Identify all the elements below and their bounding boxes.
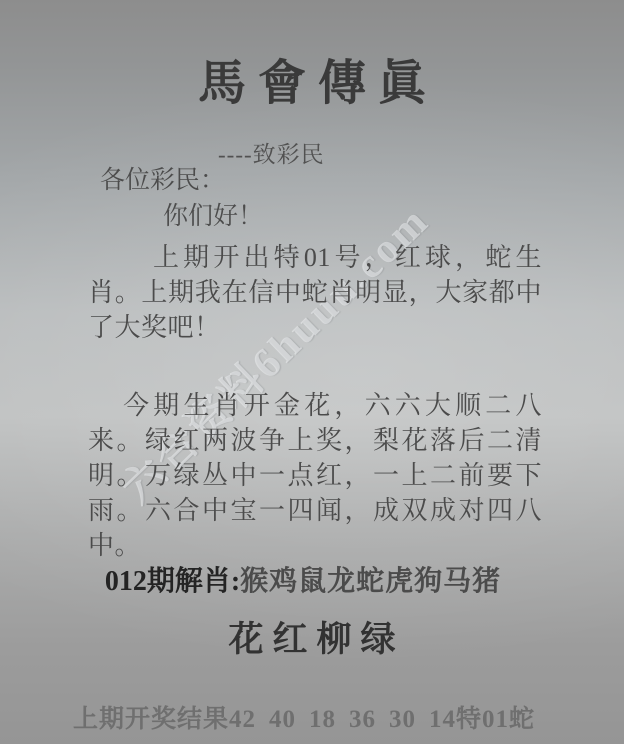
draw-number-3: 18	[309, 706, 336, 733]
special-zodiac: 蛇	[509, 706, 535, 733]
special-number: 01	[482, 706, 509, 733]
draw-number-6: 14	[429, 706, 456, 733]
paragraph-previous-draw: 上期开出特01号，红球，蛇生肖。上期我在信中蛇肖明显，大家都中了大奖吧！	[88, 240, 542, 345]
issue-solution-zodiacs: 猴鸡鼠龙蛇虎狗马猪	[240, 566, 501, 597]
slogan-phrase: 花红柳绿	[0, 612, 624, 662]
last-draw-result-line: 上期开奖结果424018363014特01蛇	[0, 699, 616, 735]
dedication-line: ----致彩民	[218, 136, 325, 169]
issue-solution-label: 012期解肖:	[105, 566, 240, 597]
draw-number-1: 42	[229, 706, 256, 733]
issue-solution-line: 012期解肖:猴鸡鼠龙蛇虎狗马猪	[0, 559, 615, 599]
special-label: 特	[456, 706, 482, 733]
draw-number-4: 36	[349, 706, 376, 733]
greeting: 你们好！	[163, 196, 263, 232]
draw-number-5: 30	[389, 706, 416, 733]
paragraph-current-tip: 今期生肖开金花，六六大顺二八来。绿红两波争上奖，梨花落后二清明。万绿丛中一点红，…	[88, 388, 542, 563]
fax-letter-page: 六合资料6huuu.com 馬會傳眞 ----致彩民 各位彩民： 你们好！ 上期…	[0, 0, 624, 744]
last-draw-label: 上期开奖结果	[73, 706, 229, 733]
draw-number-2: 40	[269, 706, 296, 733]
salutation: 各位彩民：	[100, 160, 225, 196]
page-title: 馬會傳眞	[0, 44, 624, 113]
